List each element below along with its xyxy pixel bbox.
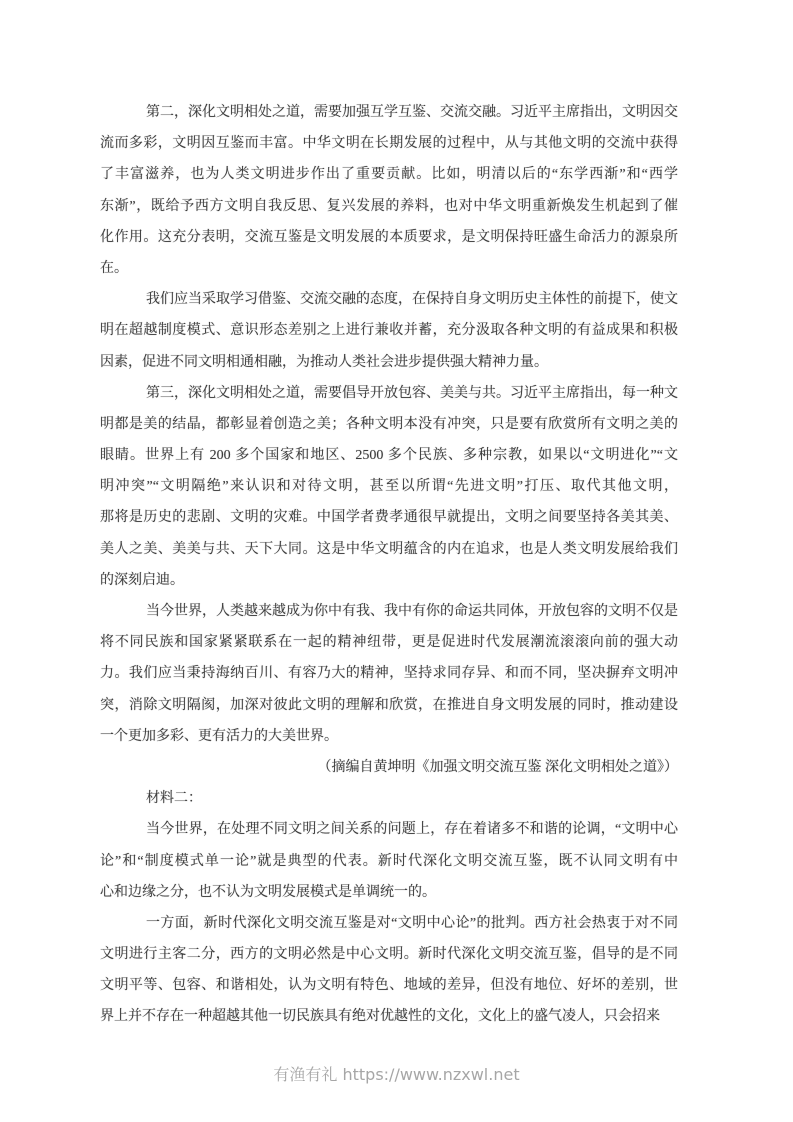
- material-one-attribution-line-1: （摘编自黄坤明《加强文明交流互鉴 深化文明相处之道》）: [100, 752, 678, 783]
- material-one-para-third-line-5: 那将是历史的悲剧、文明的灾难。中国学者费孝通很早就提出，文明之间要坚持各美其美、: [100, 502, 678, 533]
- material-two-para-intro-line-1: 当今世界，在处理不同文明之间关系的问题上，存在着诸多不和谐的论调，“文明中心: [100, 814, 678, 845]
- material-one-para-attitude-line-1: 我们应当采取学习借鉴、交流交融的态度，在保持自身文明历史主体性的前提下，使文: [100, 284, 678, 315]
- material-one-para-third-line-4: 明冲突”“文明隔绝”来认识和对待文明，甚至以所谓“先进文明”打压、取代其他文明，: [100, 471, 678, 502]
- material-one-para-third-line-1: 第三，深化文明相处之道，需要倡导开放包容、美美与共。习近平主席指出，每一种文: [100, 378, 678, 409]
- material-two-para-one-aspect-line-2: 文明进行主客二分，西方的文明必然是中心文明。新时代深化文明交流互鉴，倡导的是不同: [100, 939, 678, 970]
- material-one-para-second-line-6: 在。: [100, 253, 678, 284]
- material-one-para-second-line-3: 了丰富滋养，也为人类文明进步作出了重要贡献。比如，明清以后的“东学西渐”和“西学: [100, 159, 678, 190]
- material-two-para-one-aspect-line-3: 文明平等、包容、和谐相处，认为文明有特色、地域的差异，但没有地位、好坏的差别，世: [100, 970, 678, 1001]
- material-two-heading-line-1: 材料二：: [100, 783, 678, 814]
- material-two-para-one-aspect-line-4: 界上并不存在一种超越其他一切民族具有绝对优越性的文化，文化上的盛气凌人，只会招来: [100, 1001, 678, 1032]
- material-one-para-community-line-1: 当今世界，人类越来越成为你中有我、我中有你的命运共同体，开放包容的文明不仅是: [100, 596, 678, 627]
- material-one-para-second-line-1: 第二，深化文明相处之道，需要加强互学互鉴、交流交融。习近平主席指出，文明因交: [100, 97, 678, 128]
- material-two-para-intro-line-3: 心和边缘之分，也不认为文明发展模式是单调统一的。: [100, 877, 678, 908]
- material-one-para-second-line-5: 化作用。这充分表明，交流互鉴是文明发展的本质要求，是文明保持旺盛生命活力的源泉所: [100, 222, 678, 253]
- material-one-para-community-line-3: 力。我们应当秉持海纳百川、有容乃大的精神，坚持求同存异、和而不同，坚决摒弃文明冲: [100, 658, 678, 689]
- material-one-para-third-line-7: 的深刻启迪。: [100, 565, 678, 596]
- material-one-para-community-line-4: 突，消除文明隔阂，加深对彼此文明的理解和欣赏，在推进自身文明发展的同时，推动建设: [100, 690, 678, 721]
- material-two-para-intro-line-2: 论”和“制度模式单一论”就是典型的代表。新时代深化文明交流互鉴，既不认同文明有中: [100, 846, 678, 877]
- material-one-para-third-line-6: 美人之美、美美与共、天下大同。这是中华文明蕴含的内在追求，也是人类文明发展给我们: [100, 534, 678, 565]
- material-one-para-third-line-3: 眼睛。世界上有 200 多个国家和地区、2500 多个民族、多种宗教，如果以“文…: [100, 440, 678, 471]
- document-body: 第二，深化文明相处之道，需要加强互学互鉴、交流交融。习近平主席指出，文明因交流而…: [100, 97, 678, 1033]
- material-one-para-community-line-2: 将不同民族和国家紧紧联系在一起的精神纽带，更是促进时代发展潮流滚滚向前的强大动: [100, 627, 678, 658]
- document-page: { "page": { "background_color": "#ffffff…: [0, 0, 793, 1122]
- material-one-para-third-line-2: 明都是美的结晶，都彰显着创造之美；各种文明本没有冲突，只是要有欣赏所有文明之美的: [100, 409, 678, 440]
- material-two-para-one-aspect-line-1: 一方面，新时代深化文明交流互鉴是对“文明中心论”的批判。西方社会热衷于对不同: [100, 908, 678, 939]
- material-one-para-community-line-5: 一个更加多彩、更有活力的大美世界。: [100, 721, 678, 752]
- material-one-para-second-line-4: 东渐”，既给予西方文明自我反思、复兴发展的养料，也对中华文明重新焕发生机起到了催: [100, 191, 678, 222]
- material-one-para-second-line-2: 流而多彩，文明因互鉴而丰富。中华文明在长期发展的过程中，从与其他文明的交流中获得: [100, 128, 678, 159]
- watermark-text: 有渔有礼 https://www.nzxwl.net: [273, 1065, 519, 1084]
- material-one-para-attitude-line-2: 明在超越制度模式、意识形态差别之上进行兼收并蓄，充分汲取各种文明的有益成果和积极: [100, 315, 678, 346]
- watermark-footer: 有渔有礼 https://www.nzxwl.net: [0, 1064, 793, 1086]
- material-one-para-attitude-line-3: 因素，促进不同文明相通相融，为推动人类社会进步提供强大精神力量。: [100, 347, 678, 378]
